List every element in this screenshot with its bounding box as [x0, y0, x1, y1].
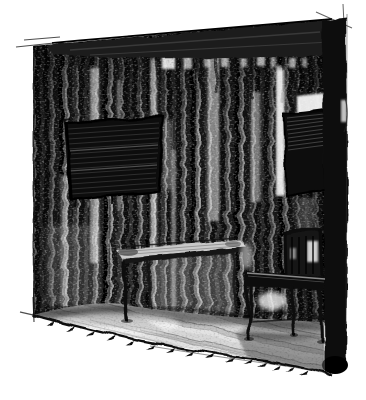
table-leg-shadow-left: [121, 319, 133, 323]
right-post: [322, 14, 348, 374]
sketch-canvas: [0, 0, 366, 400]
left-window-halo: [164, 120, 172, 190]
right-window-left-highlight: [277, 70, 284, 195]
tabletop-smudge-right: [225, 241, 241, 247]
chair-back-halo: [240, 243, 252, 269]
chair-leg-shadow-1: [244, 337, 254, 341]
chair-back-gap-light-2: [290, 248, 296, 259]
right-post-body: [322, 17, 348, 371]
left-window-blinds: [60, 115, 172, 207]
chair-underseat-light: [258, 292, 286, 310]
chair-leg-shadow-2: [290, 333, 298, 337]
table-leg-shadow-right: [242, 315, 254, 319]
room-sketch: [0, 0, 366, 400]
tabletop-smudge-left: [118, 248, 138, 256]
right-post-foot: [322, 356, 348, 374]
chair-leg-shadow-3: [317, 340, 327, 344]
